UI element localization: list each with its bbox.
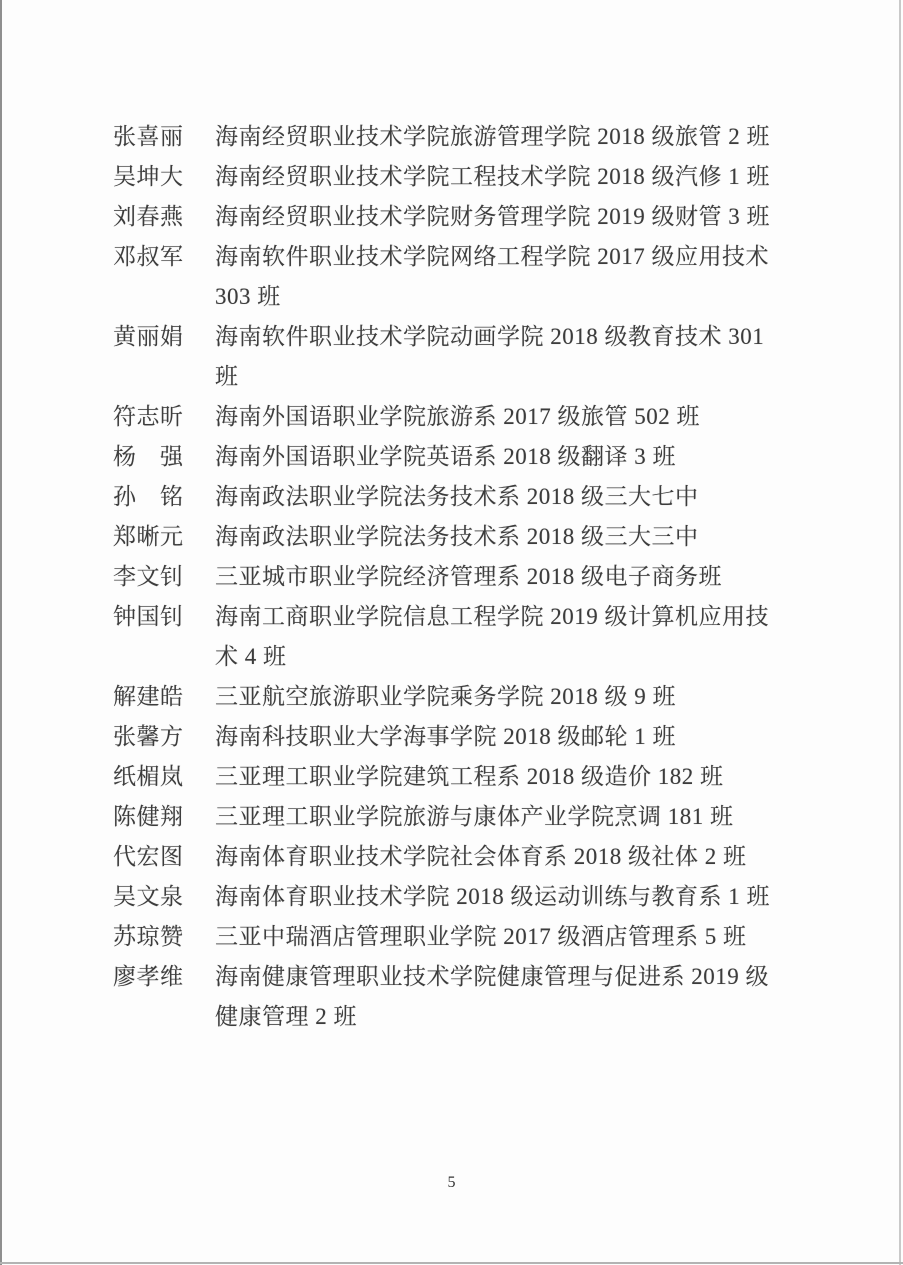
affiliation: 海南政法职业学院法务技术系 2018 级三大三中 — [215, 517, 699, 557]
affiliation-line: 海南政法职业学院法务技术系 2018 级三大七中 — [215, 477, 699, 517]
student-name: 符志昕 — [113, 397, 185, 437]
affiliation: 海南工商职业学院信息工程学院 2019 级计算机应用技 术 4 班 — [215, 597, 769, 677]
list-item: 杨 强 海南外国语职业学院英语系 2018 级翻译 3 班 — [113, 437, 770, 477]
affiliation: 三亚航空旅游职业学院乘务学院 2018 级 9 班 — [215, 677, 676, 717]
affiliation: 海南软件职业技术学院网络工程学院 2017 级应用技术 303 班 — [215, 237, 769, 317]
student-name: 张馨方 — [113, 717, 185, 757]
student-name: 陈健翔 — [113, 797, 185, 837]
affiliation-line: 海南外国语职业学院旅游系 2017 级旅管 502 班 — [215, 397, 700, 437]
affiliation-line: 三亚理工职业学院建筑工程系 2018 级造价 182 班 — [215, 757, 724, 797]
student-name: 吴坤大 — [113, 157, 185, 197]
affiliation: 三亚理工职业学院建筑工程系 2018 级造价 182 班 — [215, 757, 724, 797]
list-item: 黄丽娟 海南软件职业技术学院动画学院 2018 级教育技术 301 班 — [113, 317, 770, 397]
list-item: 刘春燕 海南经贸职业技术学院财务管理学院 2019 级财管 3 班 — [113, 197, 770, 237]
affiliation: 三亚中瑞酒店管理职业学院 2017 级酒店管理系 5 班 — [215, 917, 747, 957]
affiliation: 海南政法职业学院法务技术系 2018 级三大七中 — [215, 477, 699, 517]
list-item: 符志昕 海南外国语职业学院旅游系 2017 级旅管 502 班 — [113, 397, 770, 437]
affiliation-line: 海南健康管理职业技术学院健康管理与促进系 2019 级 — [215, 957, 769, 997]
affiliation: 海南外国语职业学院英语系 2018 级翻译 3 班 — [215, 437, 676, 477]
list-item: 吴坤大 海南经贸职业技术学院工程技术学院 2018 级汽修 1 班 — [113, 157, 770, 197]
list-item: 郑晰元 海南政法职业学院法务技术系 2018 级三大三中 — [113, 517, 770, 557]
student-name: 黄丽娟 — [113, 317, 185, 357]
list-item: 代宏图 海南体育职业技术学院社会体育系 2018 级社体 2 班 — [113, 837, 770, 877]
student-name: 纸楣岚 — [113, 757, 185, 797]
affiliation: 海南健康管理职业技术学院健康管理与促进系 2019 级 健康管理 2 班 — [215, 957, 769, 1037]
student-name: 张喜丽 — [113, 117, 185, 157]
student-name: 邓叔军 — [113, 237, 185, 277]
student-name: 孙 铭 — [113, 477, 185, 517]
list-item: 吴文泉 海南体育职业技术学院 2018 级运动训练与教育系 1 班 — [113, 877, 770, 917]
affiliation-line: 海南外国语职业学院英语系 2018 级翻译 3 班 — [215, 437, 676, 477]
list-item: 张喜丽 海南经贸职业技术学院旅游管理学院 2018 级旅管 2 班 — [113, 117, 770, 157]
affiliation-line: 海南软件职业技术学院动画学院 2018 级教育技术 301 — [215, 317, 764, 357]
affiliation: 海南经贸职业技术学院工程技术学院 2018 级汽修 1 班 — [215, 157, 770, 197]
affiliation-line: 班 — [215, 357, 764, 397]
list-item: 解建皓 三亚航空旅游职业学院乘务学院 2018 级 9 班 — [113, 677, 770, 717]
list-item: 苏琼赞 三亚中瑞酒店管理职业学院 2017 级酒店管理系 5 班 — [113, 917, 770, 957]
list-item: 张馨方 海南科技职业大学海事学院 2018 级邮轮 1 班 — [113, 717, 770, 757]
student-list: 张喜丽 海南经贸职业技术学院旅游管理学院 2018 级旅管 2 班 吴坤大 海南… — [113, 117, 770, 1037]
affiliation: 海南体育职业技术学院 2018 级运动训练与教育系 1 班 — [215, 877, 770, 917]
student-name: 郑晰元 — [113, 517, 185, 557]
affiliation: 海南经贸职业技术学院旅游管理学院 2018 级旅管 2 班 — [215, 117, 770, 157]
student-name: 刘春燕 — [113, 197, 185, 237]
affiliation: 海南软件职业技术学院动画学院 2018 级教育技术 301 班 — [215, 317, 764, 397]
student-name: 李文钊 — [113, 557, 185, 597]
affiliation-line: 健康管理 2 班 — [215, 997, 769, 1037]
affiliation-line: 海南经贸职业技术学院财务管理学院 2019 级财管 3 班 — [215, 197, 770, 237]
affiliation-line: 海南经贸职业技术学院旅游管理学院 2018 级旅管 2 班 — [215, 117, 770, 157]
affiliation: 海南科技职业大学海事学院 2018 级邮轮 1 班 — [215, 717, 676, 757]
student-name: 廖孝维 — [113, 957, 185, 997]
affiliation-line: 海南体育职业技术学院 2018 级运动训练与教育系 1 班 — [215, 877, 770, 917]
affiliation-line: 三亚理工职业学院旅游与康体产业学院烹调 181 班 — [215, 797, 734, 837]
affiliation-line: 海南科技职业大学海事学院 2018 级邮轮 1 班 — [215, 717, 676, 757]
affiliation: 三亚理工职业学院旅游与康体产业学院烹调 181 班 — [215, 797, 734, 837]
student-name: 杨 强 — [113, 437, 185, 477]
affiliation-line: 海南体育职业技术学院社会体育系 2018 级社体 2 班 — [215, 837, 747, 877]
affiliation-line: 303 班 — [215, 277, 769, 317]
affiliation-line: 海南政法职业学院法务技术系 2018 级三大三中 — [215, 517, 699, 557]
list-item: 邓叔军 海南软件职业技术学院网络工程学院 2017 级应用技术 303 班 — [113, 237, 770, 317]
scan-edge-left — [0, 0, 2, 1265]
student-name: 苏琼赞 — [113, 917, 185, 957]
student-name: 代宏图 — [113, 837, 185, 877]
list-item: 廖孝维 海南健康管理职业技术学院健康管理与促进系 2019 级 健康管理 2 班 — [113, 957, 770, 1037]
affiliation: 海南体育职业技术学院社会体育系 2018 级社体 2 班 — [215, 837, 747, 877]
page-number: 5 — [0, 1174, 903, 1192]
student-name: 钟国钊 — [113, 597, 185, 637]
affiliation-line: 三亚中瑞酒店管理职业学院 2017 级酒店管理系 5 班 — [215, 917, 747, 957]
student-name: 吴文泉 — [113, 877, 185, 917]
list-item: 李文钊 三亚城市职业学院经济管理系 2018 级电子商务班 — [113, 557, 770, 597]
document-page: 张喜丽 海南经贸职业技术学院旅游管理学院 2018 级旅管 2 班 吴坤大 海南… — [0, 0, 903, 1265]
affiliation: 海南外国语职业学院旅游系 2017 级旅管 502 班 — [215, 397, 700, 437]
affiliation-line: 三亚城市职业学院经济管理系 2018 级电子商务班 — [215, 557, 722, 597]
affiliation-line: 海南软件职业技术学院网络工程学院 2017 级应用技术 — [215, 237, 769, 277]
list-item: 陈健翔 三亚理工职业学院旅游与康体产业学院烹调 181 班 — [113, 797, 770, 837]
scan-edge-bottom — [0, 1262, 903, 1264]
list-item: 纸楣岚 三亚理工职业学院建筑工程系 2018 级造价 182 班 — [113, 757, 770, 797]
list-item: 孙 铭 海南政法职业学院法务技术系 2018 级三大七中 — [113, 477, 770, 517]
affiliation-line: 术 4 班 — [215, 637, 769, 677]
affiliation: 三亚城市职业学院经济管理系 2018 级电子商务班 — [215, 557, 722, 597]
affiliation-line: 三亚航空旅游职业学院乘务学院 2018 级 9 班 — [215, 677, 676, 717]
scan-edge-right — [899, 0, 901, 1265]
list-item: 钟国钊 海南工商职业学院信息工程学院 2019 级计算机应用技 术 4 班 — [113, 597, 770, 677]
affiliation-line: 海南工商职业学院信息工程学院 2019 级计算机应用技 — [215, 597, 769, 637]
student-name: 解建皓 — [113, 677, 185, 717]
affiliation: 海南经贸职业技术学院财务管理学院 2019 级财管 3 班 — [215, 197, 770, 237]
affiliation-line: 海南经贸职业技术学院工程技术学院 2018 级汽修 1 班 — [215, 157, 770, 197]
